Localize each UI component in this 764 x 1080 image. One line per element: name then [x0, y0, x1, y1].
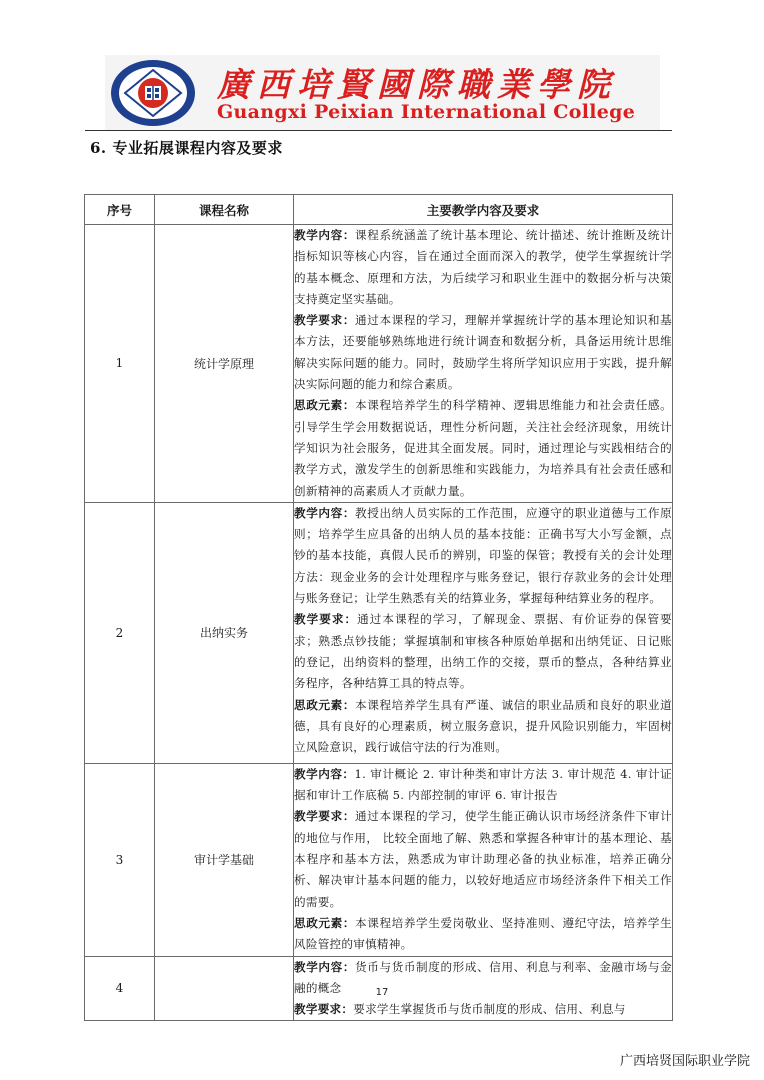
- ideology-element-paragraph: 思政元素：本课程培养学生的科学精神、逻辑思维能力和社会责任感。引导学生学会用数据…: [294, 395, 672, 501]
- section-title: 6. 专业拓展课程内容及要求: [90, 137, 283, 158]
- column-header-number: 序号: [85, 195, 155, 225]
- row-number: 3: [85, 763, 155, 956]
- paragraph-label: 教学要求：: [294, 809, 355, 823]
- paragraph-label: 教学要求：: [294, 612, 357, 626]
- college-name-english: Guangxi Peixian International College: [217, 101, 635, 123]
- paragraph-label: 教学内容：: [294, 960, 355, 974]
- paragraph-label: 教学要求：: [294, 1002, 353, 1016]
- teaching-requirement-paragraph: 教学要求：通过本课程的学习，使学生能正确认识市场经济条件下审计的地位与作用， 比…: [294, 806, 672, 912]
- paragraph-label: 思政元素：: [294, 916, 355, 930]
- course-content: 教学内容：1. 审计概论 2. 审计种类和审计方法 3. 审计规范 4. 审计证…: [294, 763, 673, 956]
- paragraph-text: 要求学生掌握货币与货币制度的形成、信用、利息与: [353, 1002, 625, 1016]
- paragraph-label: 教学要求：: [294, 313, 355, 327]
- teaching-content-paragraph: 教学内容：教授出纳人员实际的工作范围，应遵守的职业道德与工作原则；培养学生应具备…: [294, 503, 672, 609]
- page-number: 17: [0, 987, 764, 998]
- table-row: 2 出纳实务 教学内容：教授出纳人员实际的工作范围，应遵守的职业道德与工作原则；…: [85, 502, 673, 763]
- footer-organization: 广西培贤国际职业学院: [620, 1050, 750, 1069]
- column-header-content: 主要教学内容及要求: [294, 195, 673, 225]
- teaching-requirement-paragraph: 教学要求：要求学生掌握货币与货币制度的形成、信用、利息与: [294, 999, 672, 1020]
- teaching-requirement-paragraph: 教学要求：通过本课程的学习，理解并掌握统计学的基本理论知识和基本方法，还要能够熟…: [294, 310, 672, 395]
- college-header-banner: 廣西培賢國際職業學院 Guangxi Peixian International…: [105, 55, 660, 130]
- course-content: 教学内容：课程系统涵盖了统计基本理论、统计描述、统计推断及统计指标知识等核心内容…: [294, 225, 673, 503]
- paragraph-label: 教学内容：: [294, 767, 355, 781]
- teaching-content-paragraph: 教学内容：1. 审计概论 2. 审计种类和审计方法 3. 审计规范 4. 审计证…: [294, 764, 672, 807]
- table-row: 1 统计学原理 教学内容：课程系统涵盖了统计基本理论、统计描述、统计推断及统计指…: [85, 225, 673, 503]
- column-header-course-name: 课程名称: [155, 195, 294, 225]
- college-logo-icon: [109, 58, 197, 128]
- course-content: 教学内容：教授出纳人员实际的工作范围，应遵守的职业道德与工作原则；培养学生应具备…: [294, 502, 673, 763]
- table-row: 3 审计学基础 教学内容：1. 审计概论 2. 审计种类和审计方法 3. 审计规…: [85, 763, 673, 956]
- paragraph-label: 教学内容：: [294, 506, 355, 520]
- course-name: 出纳实务: [155, 502, 294, 763]
- ideology-element-paragraph: 思政元素：本课程培养学生具有严谨、诚信的职业品质和良好的职业道德，具有良好的心理…: [294, 695, 672, 759]
- ideology-element-paragraph: 思政元素：本课程培养学生爱岗敬业、坚持准则、遵纪守法，培养学生风险管控的审慎精神…: [294, 913, 672, 956]
- teaching-content-paragraph: 教学内容：课程系统涵盖了统计基本理论、统计描述、统计推断及统计指标知识等核心内容…: [294, 225, 672, 310]
- paragraph-text: 本课程培养学生的科学精神、逻辑思维能力和社会责任感。引导学生学会用数据说话，理性…: [294, 398, 672, 497]
- paragraph-label: 思政元素：: [294, 398, 355, 412]
- header-divider: [85, 130, 672, 131]
- course-name: 统计学原理: [155, 225, 294, 503]
- row-number: 2: [85, 502, 155, 763]
- course-name: 审计学基础: [155, 763, 294, 956]
- course-table: 序号 课程名称 主要教学内容及要求 1 统计学原理 教学内容：课程系统涵盖了统计…: [84, 194, 673, 1021]
- paragraph-text: 通过本课程的学习，使学生能正确认识市场经济条件下审计的地位与作用， 比较全面地了…: [294, 809, 672, 908]
- college-name-chinese: 廣西培賢國際職業學院: [217, 59, 617, 106]
- paragraph-label: 思政元素：: [294, 698, 355, 712]
- paragraph-text: 教授出纳人员实际的工作范围，应遵守的职业道德与工作原则；培养学生应具备的出纳人员…: [294, 506, 672, 605]
- table-header-row: 序号 课程名称 主要教学内容及要求: [85, 195, 673, 225]
- row-number: 1: [85, 225, 155, 503]
- teaching-requirement-paragraph: 教学要求：通过本课程的学习，了解现金、票据、有价证券的保管要求；熟悉点钞技能；掌…: [294, 609, 672, 694]
- paragraph-label: 教学内容：: [294, 228, 355, 242]
